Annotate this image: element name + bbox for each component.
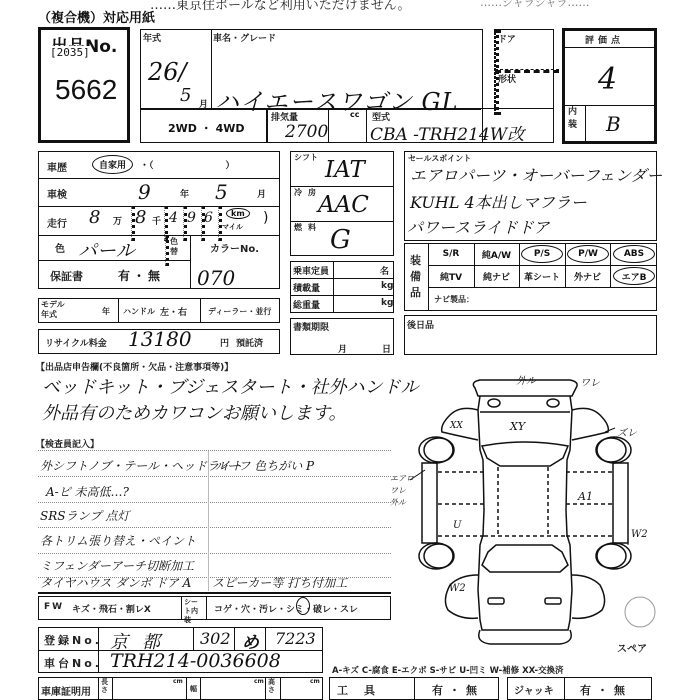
displacement-value: 2700 (285, 122, 328, 142)
mileage-man: 8 (89, 207, 100, 228)
declaration-line-2: 外品有のためカワコンお願いします。 (42, 399, 347, 425)
year-value: 26/ (148, 58, 187, 86)
gross-unit: kg (381, 298, 393, 308)
fw-value: キズ・飛石・割レX (72, 602, 151, 615)
color-label: 色 (55, 240, 65, 255)
mileage-sen-unit: 千 (152, 214, 161, 227)
mileage-ichi: 6 (204, 210, 213, 226)
year-month-value: 5 (180, 85, 191, 106)
mileage-juu: 9 (187, 210, 196, 226)
jack-label: ジャッキ (514, 682, 554, 697)
sales-point-line-3: パワースライドドア (407, 215, 549, 238)
warranty-label: 保証書 (50, 268, 83, 284)
recycle-unit: 円 (220, 336, 229, 349)
color-value: パール (78, 236, 135, 263)
garage-width: 幅 (190, 684, 197, 694)
lot-number: 5662 (55, 74, 117, 106)
mileage-unit-mile: マイル (222, 222, 243, 232)
aircon-value: AAC (318, 192, 369, 218)
jack-value: 有・無 (580, 682, 631, 698)
damage-legend: A-キズ C-腐食 E-エクボ S-サビ U-凹ミ W-補修 XX-交換済 (332, 664, 564, 676)
equip-pw: P/W (567, 245, 609, 263)
equipment-label: 装備品 (410, 253, 420, 301)
load-unit: kg (381, 281, 393, 291)
mileage-sen: 8 (135, 207, 146, 228)
model-year-unit: 年 (102, 306, 110, 317)
warranty-value: 有・無 (118, 267, 163, 284)
lot-stamp: [2035] (50, 46, 90, 59)
equip-aw: 純A/W (474, 243, 519, 265)
capacity-unit: 名 (380, 264, 389, 277)
inspector-row-1-left: 外シフトノブ・テール・ヘッドライト (40, 457, 243, 474)
fw-label: FW (44, 602, 64, 612)
equip-ext-navi: 外ナビ (565, 265, 610, 287)
history-value: 自家用 (92, 155, 133, 174)
inspector-row-4-left: 各トリム張り替え・ペイント (40, 532, 196, 549)
inspection-year-unit: 年 (180, 187, 189, 200)
equip-navi: 純ナビ (474, 265, 519, 287)
load-label: 積載量 (293, 281, 320, 294)
inspection-month-unit: 月 (257, 187, 266, 200)
gross-label: 総重量 (293, 298, 320, 311)
mileage-close: ) (263, 210, 268, 226)
declaration-label: 【出品店申告欄(不良箇所・欠品・注意事項等)】 (36, 360, 233, 373)
recycle-label: リサイクル料金 (45, 336, 107, 349)
inspector-row-5-left: ミフェンダーアーチ切断加工 (40, 557, 194, 574)
garage-height: 高さ (268, 678, 276, 694)
declaration-line-1: ベッドキット・ブジェスタート・社外ハンドル (42, 373, 419, 399)
fuel-value: G (330, 225, 351, 255)
handle-value: 左・右 (160, 305, 187, 318)
recycle-value: 13180 (128, 327, 192, 351)
equip-tv: 純TV (428, 265, 474, 287)
car-name-label: 車名・グレード (213, 31, 276, 44)
equip-leather: 革シート (519, 265, 565, 287)
mark-side-left-note-3: 外ル (390, 497, 406, 508)
recycle-status: 預託済 (236, 336, 263, 349)
mileage-label: 走行 (47, 215, 67, 230)
inspection-year-value: 9 (138, 180, 151, 204)
shape-label: 形状 (498, 72, 516, 85)
tools-label: 工具 (337, 682, 391, 698)
garage-length: 長さ (101, 678, 109, 694)
door-label: ドア (498, 32, 516, 45)
score-value: 4 (598, 62, 617, 97)
inspector-row-6-right: スピーカー等 打ち付加工 (212, 574, 347, 591)
mark-rear-gate: XY (510, 420, 525, 433)
seat-value: コゲ・穴・汚レ・シミ・破レ・スレ (214, 602, 358, 615)
sales-point-line-1: エアロパーツ・オーバーフェンダー (410, 163, 662, 186)
later-items-box (404, 315, 657, 355)
year-label: 年式 (143, 31, 161, 44)
model-year-label: モデル年式 (41, 300, 67, 320)
mileage-man-unit: 万 (113, 214, 122, 227)
mark-rear-left: 外ル (516, 372, 536, 387)
dealer-label: ディーラー・並行 (208, 306, 271, 317)
later-items-label: 後日品 (407, 318, 434, 331)
garage-unit-1: cm (173, 678, 183, 685)
color-no-value: 070 (197, 266, 235, 290)
handle-label: ハンドル (123, 306, 155, 317)
color-no-label: カラーNo. (210, 240, 259, 255)
docs-month: 月 (338, 342, 347, 355)
fuel-label: 燃料 (294, 222, 322, 233)
registration-number: 7223 (275, 629, 316, 648)
shift-label: シフト (294, 152, 318, 163)
form-subtitle: （複合機）対応用紙 (38, 7, 155, 26)
tools-value: 有・無 (432, 682, 483, 698)
chassis-value: TRH214-0036608 (110, 650, 281, 672)
mark-side-left-inner: U (453, 520, 461, 531)
interior-value: B (606, 112, 621, 136)
garage-unit-2: cm (254, 678, 264, 685)
inspector-row-1-right: ルーフ 色ちがい P (215, 457, 314, 474)
seat-label: シート内装 (184, 598, 204, 625)
model-code-value: CBA -TRH214W改 (370, 120, 524, 145)
equip-airbag: エアB (613, 267, 655, 285)
inspection-label: 車検 (47, 186, 67, 201)
docs-day: 日 (382, 342, 391, 355)
capacity-label: 乗車定員 (293, 264, 329, 277)
inspector-label: 【検査員記入】 (36, 437, 99, 450)
equip-abs: ABS (613, 245, 655, 263)
registration-class: 302 (200, 629, 231, 648)
mark-side-left-note-2: ワレ (390, 485, 406, 496)
inspector-row-3-left: SRSランプ 点灯 (40, 507, 129, 524)
mark-rr-fender-right: ズレ (617, 424, 637, 439)
score-label: 評価点 (585, 33, 624, 46)
header-top-right-text: ……ジャラジャラ…… (480, 0, 590, 10)
mark-front-fender-left: W2 (449, 583, 466, 594)
mark-side-right: A1 (578, 490, 593, 503)
displacement-unit: cc (350, 110, 359, 119)
spare-label: スペア (617, 640, 647, 655)
mark-side-right-low: W2 (631, 529, 648, 540)
registration-label: 登録No. (44, 632, 102, 648)
equip-ps: P/S (521, 245, 563, 263)
mark-rr-fender-left: XX (450, 421, 463, 431)
drive-type: 2WD ・ 4WD (168, 120, 245, 136)
sales-point-line-2: KUHL 4本出しマフラー (410, 190, 587, 213)
car-damage-diagram (400, 360, 700, 660)
inspection-month-value: 5 (215, 180, 228, 204)
garage-unit-3: cm (310, 678, 320, 685)
lot-box: 出品No. [2035] 5662 (38, 27, 130, 143)
header-top-text: ……東京住ボールなど利用いただけません。 (150, 0, 411, 13)
inspector-row-6-left: タイヤハウス ダンボ ドア A (40, 574, 191, 591)
mileage-hyaku: 4 (169, 210, 178, 226)
interior-label: 内装 (568, 106, 578, 132)
navi-product-label: ナビ製品： (434, 294, 474, 305)
history-label: 車歴 (47, 159, 67, 174)
history-extra: ・（ ） (140, 158, 235, 171)
garage-label: 車庫証明用 (41, 683, 91, 698)
equip-sr: S/R (428, 243, 474, 265)
inspector-row-2-left: A-ピ 未高低…? (46, 483, 129, 500)
chassis-label: 車台No. (44, 655, 102, 671)
mark-side-left-note-1: エアロ (390, 473, 414, 484)
color-change-label: 色替 (170, 237, 179, 257)
seat-dirt-circle (296, 597, 310, 615)
docs-label: 書類期限 (293, 320, 329, 333)
shift-value: IAT (325, 157, 365, 183)
mileage-unit-km: km (226, 208, 250, 219)
mark-rear-right: ワレ (580, 374, 600, 389)
